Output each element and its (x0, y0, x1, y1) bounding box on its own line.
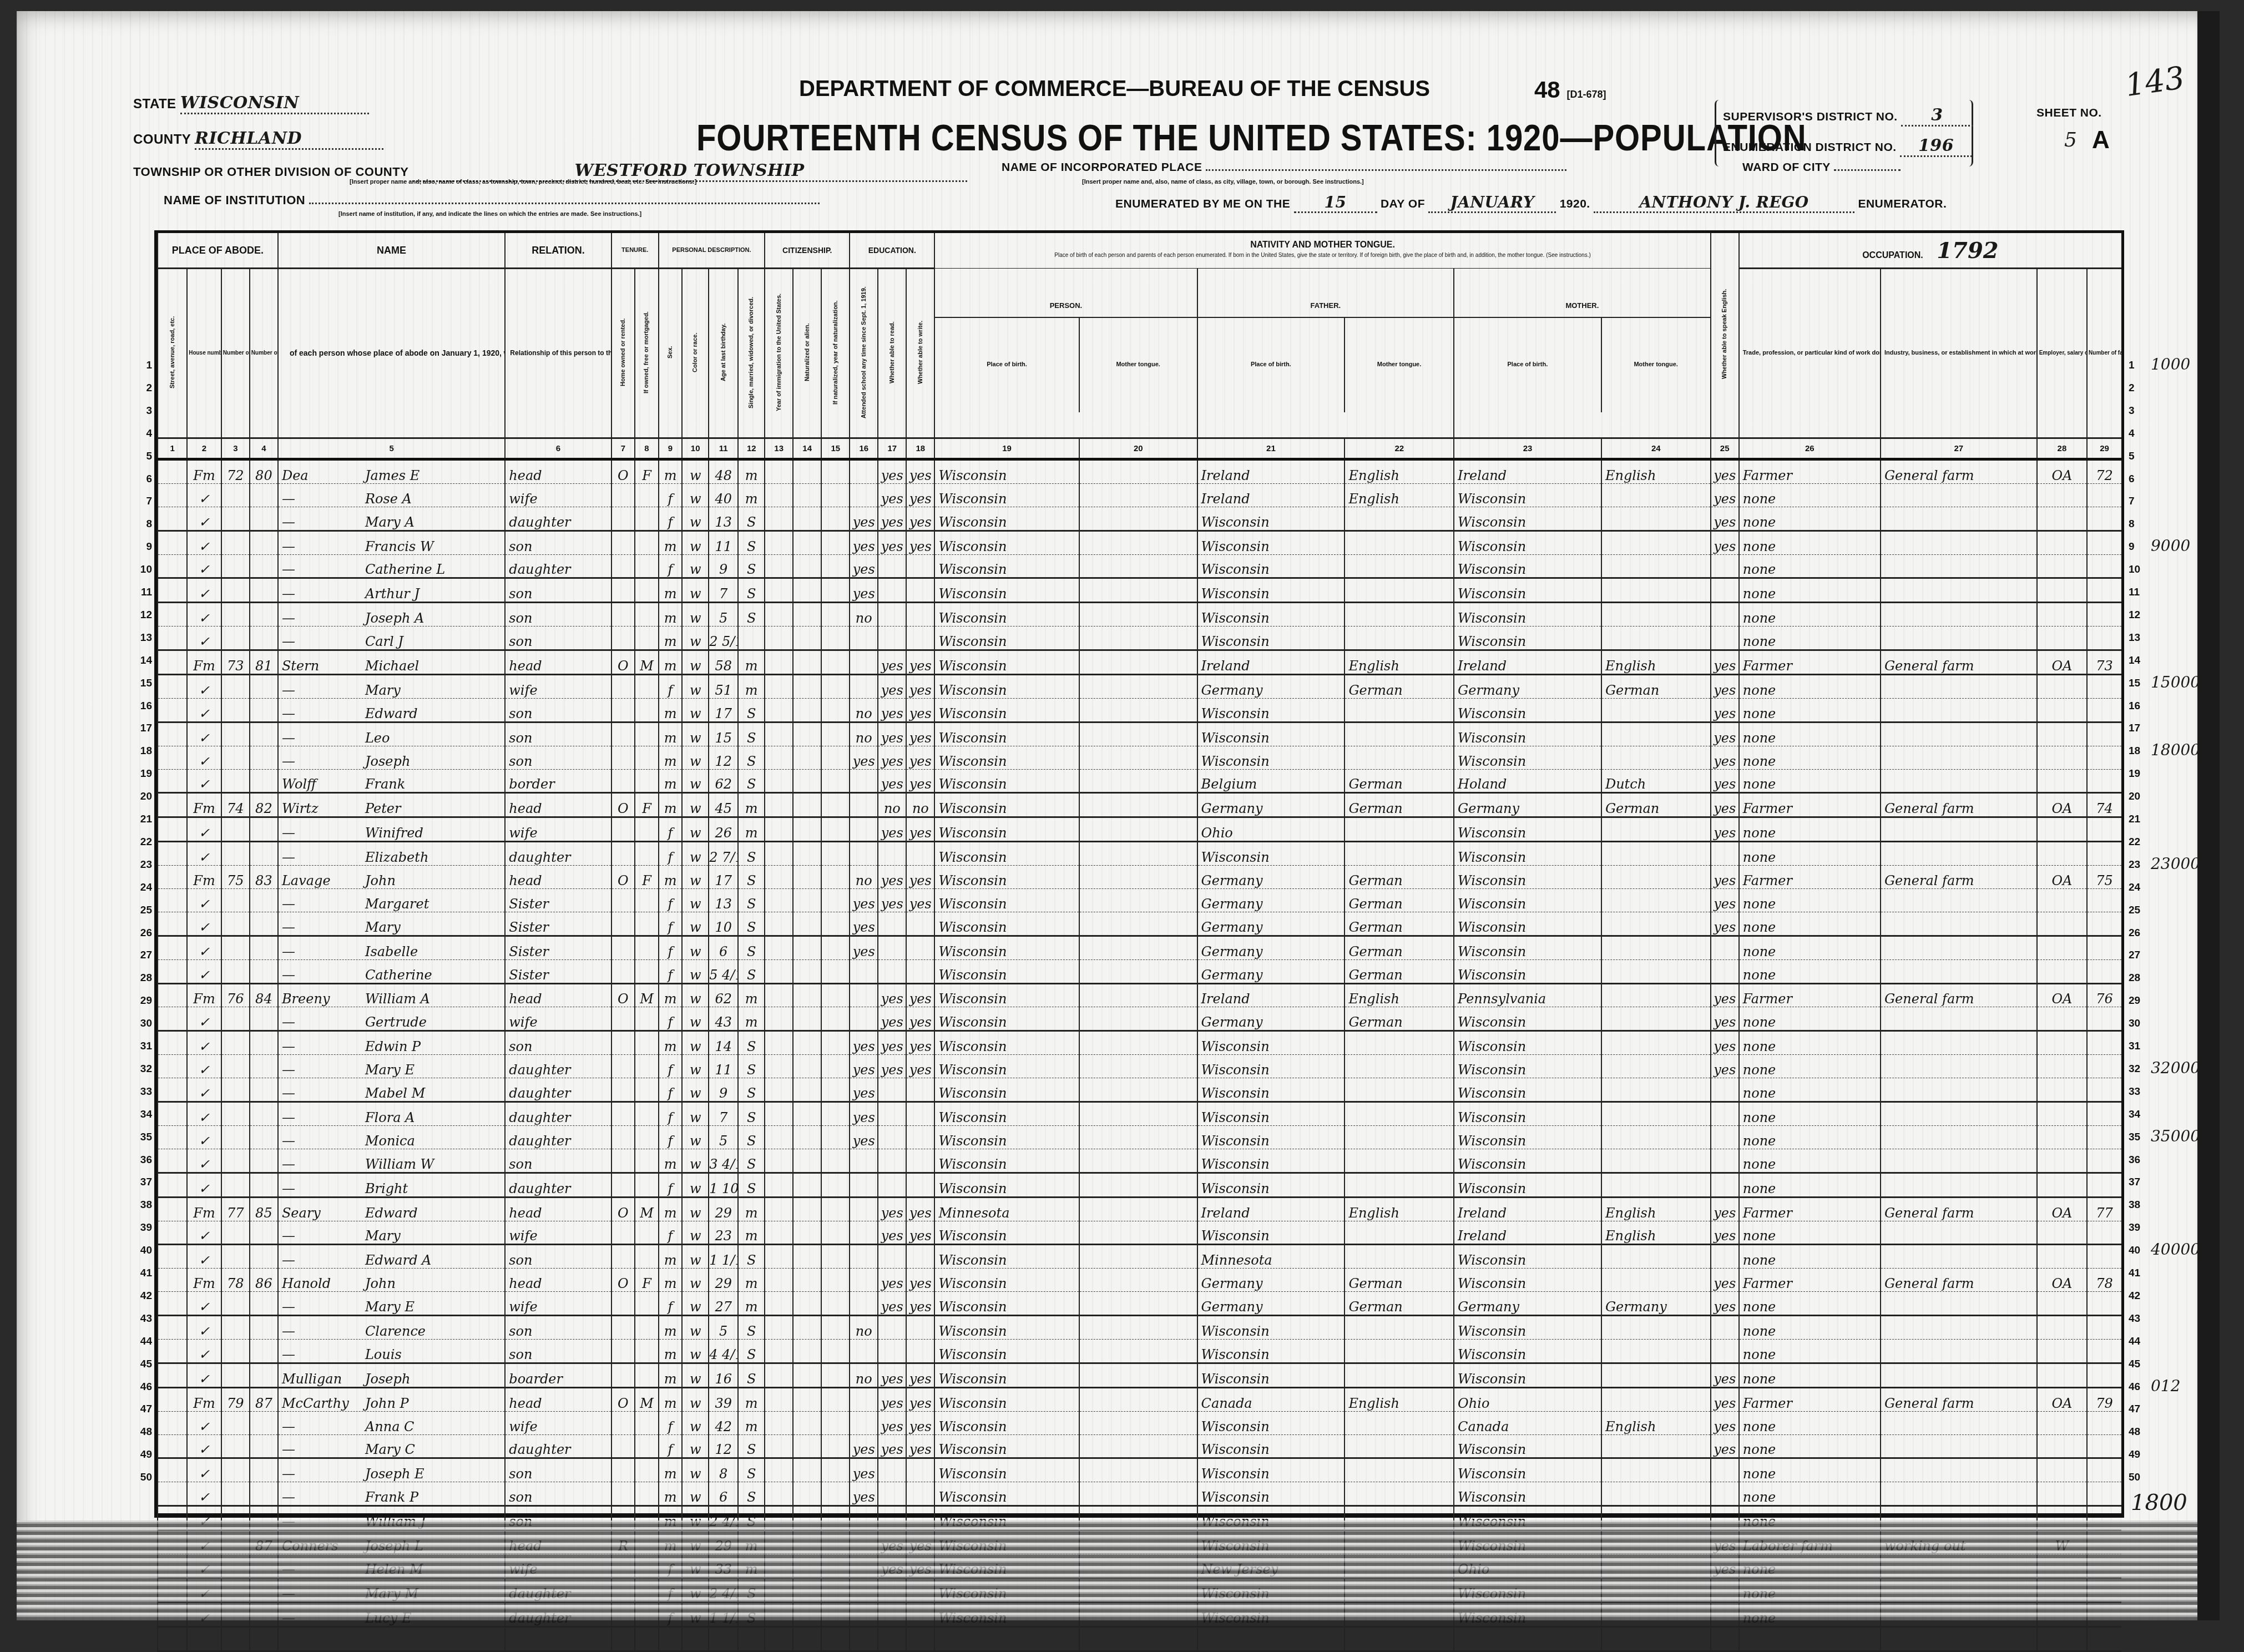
cell-marital: m (738, 1411, 765, 1434)
line-number: 48 (2129, 1426, 2149, 1438)
cell-mother-mother-tongue (1601, 983, 1711, 1007)
cell-sex: m (659, 1197, 683, 1221)
cell-naturalized (793, 1245, 821, 1269)
line-number: 20 (2129, 791, 2149, 803)
cell-street (158, 793, 187, 817)
cell-trade: none (1739, 554, 1881, 578)
cell-mother-tongue (1079, 650, 1197, 675)
cell-dwelling (221, 746, 250, 769)
cell-father-birthplace: Wisconsin (1197, 1221, 1345, 1245)
cell-school (850, 1221, 878, 1245)
cell-street (158, 675, 187, 699)
cell-trade: none (1739, 1458, 1881, 1482)
cell-farm-schedule: 72 (2087, 459, 2121, 484)
cell-age: 5 (709, 603, 738, 627)
cell-class-of-worker (2037, 578, 2087, 603)
cell-class-of-worker (2037, 1411, 2087, 1434)
given-name: Monica (365, 1133, 415, 1149)
cell-speaks-english: yes (1711, 1292, 1739, 1316)
cell-dwelling: 75 (221, 866, 250, 889)
cell-birthplace: Wisconsin (934, 650, 1079, 675)
cell-class-of-worker (2037, 627, 2087, 650)
cell-farm-schedule (2087, 1245, 2121, 1269)
cell-dwelling (221, 1292, 250, 1316)
cell-speaks-english: yes (1711, 983, 1739, 1007)
cell-mother-tongue (1079, 1055, 1197, 1078)
cell-abode: ✓ (187, 1221, 221, 1245)
cell-mother-tongue (1079, 842, 1197, 866)
cell-sex: m (659, 531, 683, 554)
cell-birthplace: Wisconsin (934, 936, 1079, 959)
cell-abode: ✓ (187, 578, 221, 603)
table-row: ✓—Winifredwifefw26myesyesWisconsinOhioWi… (158, 817, 2121, 842)
line-number: 10 (132, 564, 152, 576)
cell-mother-tongue (1079, 817, 1197, 842)
cell-naturalization-year (821, 866, 850, 889)
cell-mortgage: M (635, 983, 659, 1007)
cell-mother-birthplace: Germany (1454, 793, 1601, 817)
cell-relation: daughter (505, 1055, 611, 1078)
cell-naturalization-year (821, 578, 850, 603)
cell-class-of-worker (2037, 1031, 2087, 1055)
surname: — (282, 514, 365, 530)
cell-name: —Mary (278, 1221, 505, 1245)
cell-name: —Joseph (278, 746, 505, 769)
cell-race: w (682, 722, 709, 746)
cell-name: —Elizabeth (278, 842, 505, 866)
cell-father-birthplace: Wisconsin (1197, 842, 1345, 866)
cell-marital: S (738, 1125, 765, 1149)
cell-father-birthplace: Wisconsin (1197, 722, 1345, 746)
given-name: Louis (365, 1347, 402, 1362)
table-row: ✓—MargaretSisterfw13SyesyesyesWisconsinG… (158, 889, 2121, 912)
cell-speaks-english (1711, 1102, 1739, 1126)
cell-family (250, 746, 278, 769)
surname: Seary (282, 1205, 365, 1221)
cell-relation: son (505, 1245, 611, 1269)
cell-dwelling (221, 603, 250, 627)
cell-mother-tongue (1079, 1125, 1197, 1149)
cell-father-birthplace: Wisconsin (1197, 1411, 1345, 1434)
cell-speaks-english: yes (1711, 698, 1739, 722)
cell-street (158, 746, 187, 769)
state-label: STATE (133, 97, 176, 112)
cell-age: 2 7/12 (709, 842, 738, 866)
cell-father-birthplace: Wisconsin (1197, 1125, 1345, 1149)
given-name: Joseph (365, 754, 410, 769)
cell-sex: m (659, 1031, 683, 1055)
cell-immigration (765, 889, 793, 912)
cell-mortgage (635, 1245, 659, 1269)
cell-mother-mother-tongue: German (1601, 675, 1711, 699)
line-number: 9 (132, 541, 152, 553)
line-number: 28 (2129, 972, 2149, 984)
cell-race: w (682, 1292, 709, 1316)
cell-street (158, 1221, 187, 1245)
cell-father-birthplace: Germany (1197, 959, 1345, 983)
line-number: 33 (2129, 1086, 2149, 1098)
cell-owned: O (611, 459, 635, 484)
cell-mother-mother-tongue: English (1601, 1197, 1711, 1221)
cell-street (158, 1173, 187, 1197)
cell-naturalization-year (821, 1482, 850, 1506)
given-name: Frank (365, 776, 405, 792)
cell-marital: S (738, 1339, 765, 1363)
cell-school (850, 483, 878, 507)
cell-read: yes (878, 746, 906, 769)
cell-school: no (850, 1316, 878, 1340)
cell-mother-birthplace: Wisconsin (1454, 912, 1601, 936)
margin-note: 40000 (2151, 1240, 2200, 1259)
cell-owned: O (611, 1269, 635, 1292)
cell-age: 29 (709, 1269, 738, 1292)
cell-school (850, 1387, 878, 1411)
cell-father-tongue (1345, 554, 1454, 578)
cell-naturalization-year (821, 1031, 850, 1055)
cell-marital: S (738, 1031, 765, 1055)
cell-write: yes (906, 698, 934, 722)
cell-write: yes (906, 889, 934, 912)
cell-immigration (765, 507, 793, 531)
cell-mother-mother-tongue: Germany (1601, 1292, 1711, 1316)
cell-name: —Arthur J (278, 578, 505, 603)
line-number: 35 (2129, 1131, 2149, 1144)
cell-industry (1881, 603, 2037, 627)
cell-read (878, 554, 906, 578)
cell-mother-mother-tongue (1601, 1626, 1711, 1640)
cell-race (682, 1626, 709, 1640)
cell-write (906, 912, 934, 936)
cell-trade: none (1739, 959, 1881, 983)
cell-immigration (765, 483, 793, 507)
cell-trade: Farmer (1739, 983, 1881, 1007)
form-number: 48 [D1-678] (1534, 77, 1606, 103)
cell-mother-tongue (1079, 578, 1197, 603)
cell-father-tongue (1345, 627, 1454, 650)
line-number: 48 (132, 1426, 152, 1438)
cell-father-birthplace: Ireland (1197, 650, 1345, 675)
cell-sex: f (659, 554, 683, 578)
cell-mother-tongue (1079, 746, 1197, 769)
cell-birthplace: Wisconsin (934, 1316, 1079, 1340)
surname: — (282, 850, 365, 865)
cell-family (250, 1149, 278, 1173)
cell-industry (1881, 1626, 2037, 1640)
cell-father-tongue (1345, 578, 1454, 603)
cell-race: w (682, 959, 709, 983)
cell-industry (1881, 1031, 2037, 1055)
cell-school (850, 983, 878, 1007)
line-number: 6 (132, 473, 152, 486)
cell-farm-schedule (2087, 1149, 2121, 1173)
cell-birthplace: Wisconsin (934, 912, 1079, 936)
cell-immigration (765, 1221, 793, 1245)
father-heading: FATHER. (1198, 294, 1454, 318)
cell-industry: General farm (1881, 1387, 2037, 1411)
cell-name: McCarthyJohn P (278, 1387, 505, 1411)
cell-naturalization-year (821, 1078, 850, 1102)
cell-owned (611, 769, 635, 793)
cell-relation: head (505, 793, 611, 817)
cell-owned (611, 722, 635, 746)
surname: — (282, 491, 365, 507)
cell-marital: S (738, 554, 765, 578)
cell-abode: ✓ (187, 1363, 221, 1387)
cell-industry (1881, 936, 2037, 959)
sub-header-row: Street, avenue, road, etc. House number … (158, 269, 2121, 438)
col-25-label: Whether able to speak English. (1721, 256, 1728, 412)
line-number: 2 (2129, 382, 2149, 395)
cell-family (250, 603, 278, 627)
cell-industry (1881, 1125, 2037, 1149)
cell-family: 81 (250, 650, 278, 675)
column-number: 10 (682, 438, 709, 459)
cell-race: w (682, 769, 709, 793)
cell-write (906, 1125, 934, 1149)
cell-owned (611, 1031, 635, 1055)
cell-birthplace: Wisconsin (934, 1363, 1079, 1387)
cell-race: w (682, 531, 709, 554)
cell-naturalization-year (821, 531, 850, 554)
cell-sex: f (659, 507, 683, 531)
cell-abode: ✓ (187, 1078, 221, 1102)
cell-school: yes (850, 1078, 878, 1102)
cell-write (906, 1339, 934, 1363)
line-number: 44 (2129, 1336, 2149, 1348)
cell-marital (738, 1626, 765, 1640)
cell-mother-mother-tongue (1601, 1458, 1711, 1482)
surname: — (282, 1299, 365, 1315)
cell-mother-mother-tongue (1601, 1339, 1711, 1363)
cell-dwelling (221, 1125, 250, 1149)
table-row: ✓—Anna Cwifefw42myesyesWisconsinWisconsi… (158, 1411, 2121, 1434)
cell-father-birthplace: Ireland (1197, 459, 1345, 484)
cell-birthplace: Wisconsin (934, 603, 1079, 627)
cell-name: —Anna C (278, 1411, 505, 1434)
cell-owned (611, 554, 635, 578)
cell-industry (1881, 1173, 2037, 1197)
cell-relation: wife (505, 675, 611, 699)
line-number: 35 (132, 1131, 152, 1144)
given-name: Mary A (365, 514, 415, 530)
cell-class-of-worker (2037, 1363, 2087, 1387)
cell-dwelling (221, 1411, 250, 1434)
department-heading: DEPARTMENT OF COMMERCE—BUREAU OF THE CEN… (799, 77, 1430, 102)
margin-note-bottom: 1800 (2131, 1490, 2187, 1515)
cell-mortgage: F (635, 793, 659, 817)
cell-street (158, 1339, 187, 1363)
cell-family (250, 1458, 278, 1482)
enumerated-line: ENUMERATED BY ME ON THE 15 DAY OF Januar… (1115, 193, 1947, 213)
cell-naturalized (793, 1031, 821, 1055)
cell-marital: S (738, 912, 765, 936)
cell-trade: none (1739, 1031, 1881, 1055)
cell-mortgage (635, 746, 659, 769)
cell-mortgage (635, 531, 659, 554)
cell-read: yes (878, 650, 906, 675)
cell-naturalization-year (821, 817, 850, 842)
cell-mortgage (635, 1173, 659, 1197)
cell-industry (1881, 698, 2037, 722)
line-number: 43 (132, 1313, 152, 1325)
cell-mother-tongue (1079, 1269, 1197, 1292)
cell-owned: O (611, 1387, 635, 1411)
cell-mother-tongue (1079, 1031, 1197, 1055)
cell-marital: S (738, 746, 765, 769)
cell-immigration (765, 936, 793, 959)
cell-sex: f (659, 912, 683, 936)
surname: Mulligan (282, 1371, 365, 1387)
cell-relation: son (505, 627, 611, 650)
cell-mother-tongue (1079, 459, 1197, 484)
cell-mother-tongue (1079, 554, 1197, 578)
cell-sex: f (659, 1434, 683, 1458)
cell-naturalization-year (821, 1411, 850, 1434)
cell-naturalization-year (821, 483, 850, 507)
cell-farm-schedule (2087, 1292, 2121, 1316)
given-name: John (365, 873, 396, 888)
cell-immigration (765, 866, 793, 889)
surname: — (282, 1466, 365, 1482)
cell-read (878, 627, 906, 650)
occupation-stamp: 1792 (1937, 238, 1998, 264)
given-name: Rose A (365, 491, 412, 507)
cell-speaks-english (1711, 959, 1739, 983)
cell-industry (1881, 1316, 2037, 1340)
cell-industry (1881, 817, 2037, 842)
surname: — (282, 683, 365, 698)
line-number: 22 (2129, 836, 2149, 848)
cell-mortgage: M (635, 1387, 659, 1411)
line-number: 15 (132, 678, 152, 690)
cell-write (906, 554, 934, 578)
cell-mother-tongue (1079, 603, 1197, 627)
cell-father-birthplace: Wisconsin (1197, 554, 1345, 578)
group-tenure: TENURE. (611, 233, 659, 269)
cell-mortgage (635, 1102, 659, 1126)
cell-write (906, 1173, 934, 1197)
cell-sex: f (659, 936, 683, 959)
line-number: 21 (132, 814, 152, 826)
line-number: 7 (132, 496, 152, 508)
cell-family: 82 (250, 793, 278, 817)
cell-class-of-worker: OA (2037, 1197, 2087, 1221)
cell-father-birthplace: Wisconsin (1197, 1339, 1345, 1363)
cell-mother-mother-tongue (1601, 1316, 1711, 1340)
cell-relation: wife (505, 1411, 611, 1434)
cell-mortgage (635, 1434, 659, 1458)
line-number: 27 (132, 949, 152, 962)
mother-heading: MOTHER. (1454, 294, 1710, 318)
cell-owned (611, 912, 635, 936)
cell-age: 5 4/12 (709, 959, 738, 983)
cell-relation: head (505, 866, 611, 889)
cell-abode: ✓ (187, 769, 221, 793)
cell-father-tongue (1345, 1458, 1454, 1482)
cell-mortgage (635, 1007, 659, 1031)
cell-marital: S (738, 722, 765, 746)
table-row: Fm7583LavageJohnheadOFmw17SnoyesyesWisco… (158, 866, 2121, 889)
cell-naturalization-year (821, 889, 850, 912)
cell-industry (1881, 554, 2037, 578)
cell-naturalized (793, 793, 821, 817)
county-field: COUNTY Richland (133, 129, 383, 150)
cell-class-of-worker (2037, 722, 2087, 746)
cell-immigration (765, 1482, 793, 1506)
cell-class-of-worker (2037, 1125, 2087, 1149)
cell-street (158, 1292, 187, 1316)
cell-father-birthplace: Wisconsin (1197, 1031, 1345, 1055)
cell-relation: boarder (505, 1363, 611, 1387)
given-name: Leo (365, 730, 390, 746)
cell-trade: none (1739, 817, 1881, 842)
cell-mother-birthplace: Wisconsin (1454, 1149, 1601, 1173)
surname: — (282, 610, 365, 626)
cell-name: —Mary (278, 675, 505, 699)
cell-owned (611, 1482, 635, 1506)
cell-farm-schedule (2087, 603, 2121, 627)
cell-farm-schedule (2087, 769, 2121, 793)
enumeration-value: 196 (1900, 136, 1972, 157)
cell-age: 39 (709, 1387, 738, 1411)
nativity-note: Place of birth of each person and parent… (935, 250, 1710, 261)
cell-family (250, 675, 278, 699)
county-label: COUNTY (133, 132, 191, 147)
cell-immigration (765, 1339, 793, 1363)
cell-industry (1881, 483, 2037, 507)
cell-birthplace: Wisconsin (934, 675, 1079, 699)
cell-race: w (682, 746, 709, 769)
cell-name: —Edward (278, 698, 505, 722)
cell-family (250, 578, 278, 603)
cell-birthplace: Wisconsin (934, 889, 1079, 912)
cell-relation: head (505, 650, 611, 675)
cell-speaks-english: yes (1711, 507, 1739, 531)
line-number: 39 (132, 1222, 152, 1234)
cell-relation: wife (505, 483, 611, 507)
cell-age: 5 (709, 1125, 738, 1149)
cell-immigration (765, 578, 793, 603)
cell-name: —Mary (278, 912, 505, 936)
cell-father-birthplace: Wisconsin (1197, 1055, 1345, 1078)
cell-naturalization-year (821, 959, 850, 983)
cell-trade: none (1739, 507, 1881, 531)
cell-class-of-worker: OA (2037, 866, 2087, 889)
cell-school (850, 1007, 878, 1031)
table-row: Fm7785SearyEdwardheadOMmw29myesyesMinnes… (158, 1197, 2121, 1221)
cell-marital: S (738, 842, 765, 866)
cell-sex: m (659, 1387, 683, 1411)
cell-read: yes (878, 1007, 906, 1031)
cell-father-tongue: German (1345, 769, 1454, 793)
state-value: Wisconsin (180, 93, 369, 114)
cell-age: 26 (709, 817, 738, 842)
cell-relation: head (505, 1387, 611, 1411)
cell-name: LavageJohn (278, 866, 505, 889)
cell-write: yes (906, 1221, 934, 1245)
cell-abode: Fm (187, 1197, 221, 1221)
cell-race: w (682, 650, 709, 675)
cell-mother-mother-tongue: English (1601, 1221, 1711, 1245)
given-name: Joseph A (365, 610, 424, 626)
cell-sex: f (659, 1292, 683, 1316)
cell-mother-mother-tongue (1601, 554, 1711, 578)
cell-write: yes (906, 746, 934, 769)
cell-farm-schedule (2087, 1339, 2121, 1363)
cell-read: yes (878, 1055, 906, 1078)
cell-abode: ✓ (187, 1149, 221, 1173)
cell-family (250, 1316, 278, 1340)
